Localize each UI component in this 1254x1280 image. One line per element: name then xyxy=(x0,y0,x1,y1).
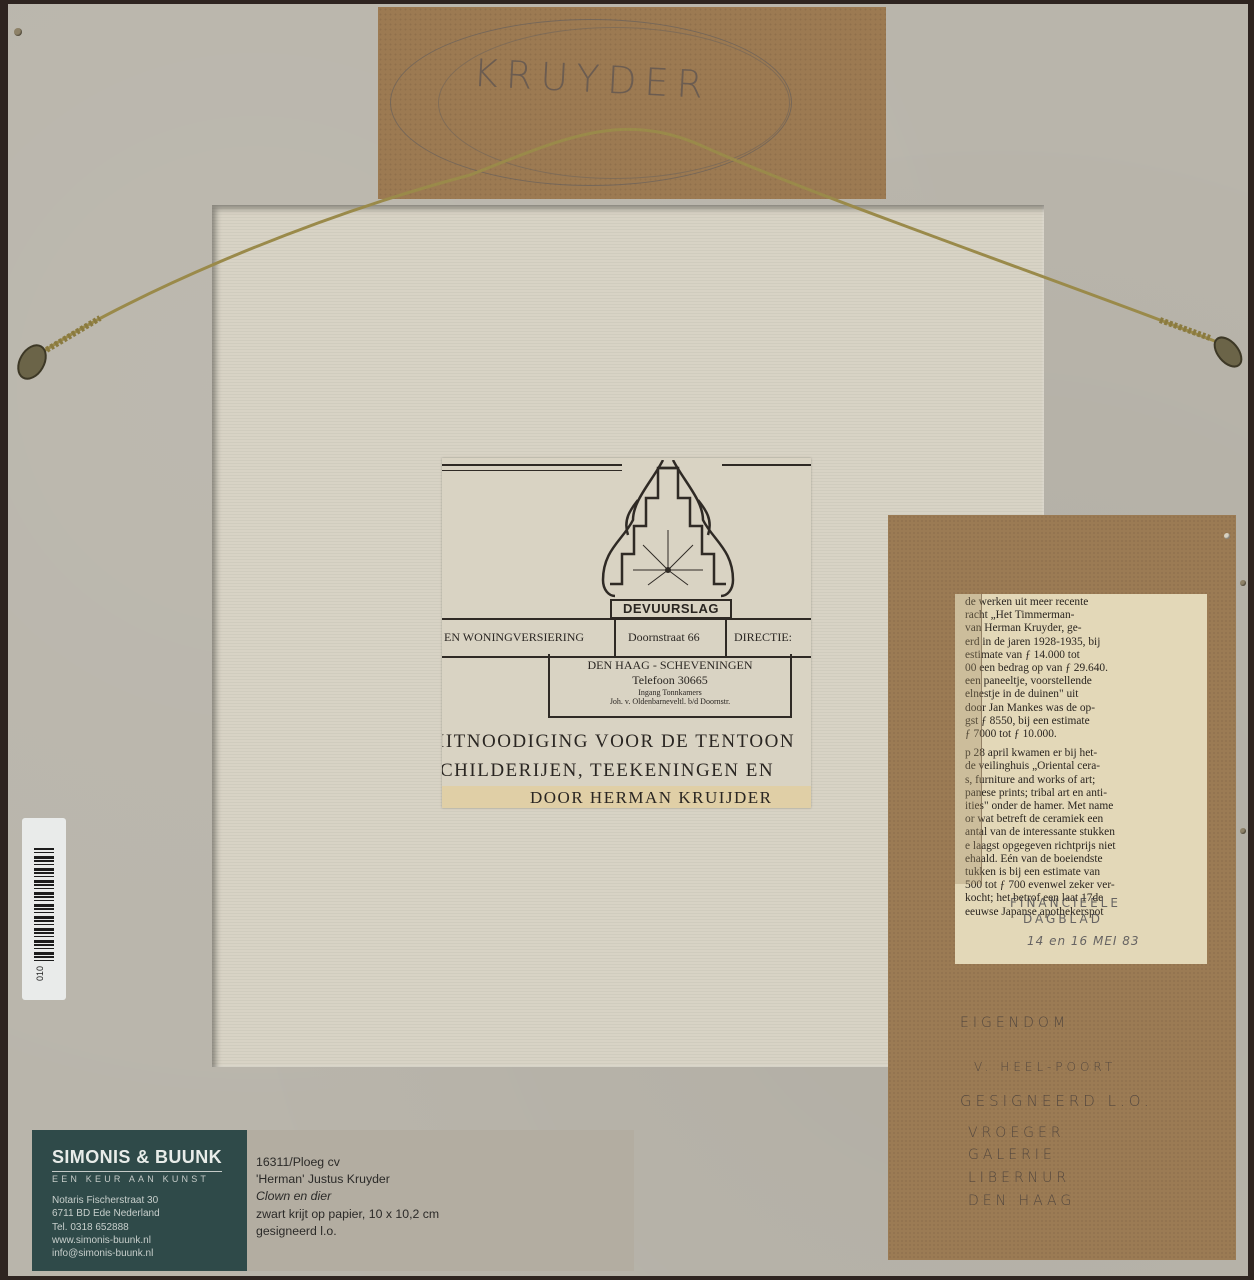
dealer-brand: SIMONIS & BUUNK xyxy=(52,1147,222,1168)
artwork-medium: zwart krijt op papier, 10 x 10,2 cm xyxy=(256,1206,439,1223)
divider xyxy=(52,1171,222,1172)
inventory-number: 16311/Ploeg cv xyxy=(256,1154,439,1171)
address-line: 6711 BD Ede Nederland xyxy=(52,1207,160,1220)
email-line: info@simonis-buunk.nl xyxy=(52,1247,160,1260)
eye-hook-icon xyxy=(13,340,52,383)
address-line: Notaris Fischerstraat 30 xyxy=(52,1194,160,1207)
dealer-tagline: EEN KEUR AAN KUNST xyxy=(52,1174,209,1184)
artwork-signature: gesigneerd l.o. xyxy=(256,1223,439,1240)
dealer-address: Notaris Fischerstraat 30 6711 BD Ede Ned… xyxy=(52,1194,160,1260)
hanging-wire xyxy=(0,0,1254,1280)
artwork-info: 16311/Ploeg cv 'Herman' Justus Kruyder C… xyxy=(256,1154,439,1240)
artist-name: 'Herman' Justus Kruyder xyxy=(256,1171,439,1188)
phone-line: Tel. 0318 652888 xyxy=(52,1221,160,1234)
website-line: www.simonis-buunk.nl xyxy=(52,1234,160,1247)
eye-hook-icon xyxy=(1209,333,1246,372)
dealer-brand-panel: SIMONIS & BUUNK EEN KEUR AAN KUNST Notar… xyxy=(32,1130,247,1271)
artwork-title: Clown en dier xyxy=(256,1188,439,1205)
dealer-sticker: SIMONIS & BUUNK EEN KEUR AAN KUNST Notar… xyxy=(32,1130,634,1271)
